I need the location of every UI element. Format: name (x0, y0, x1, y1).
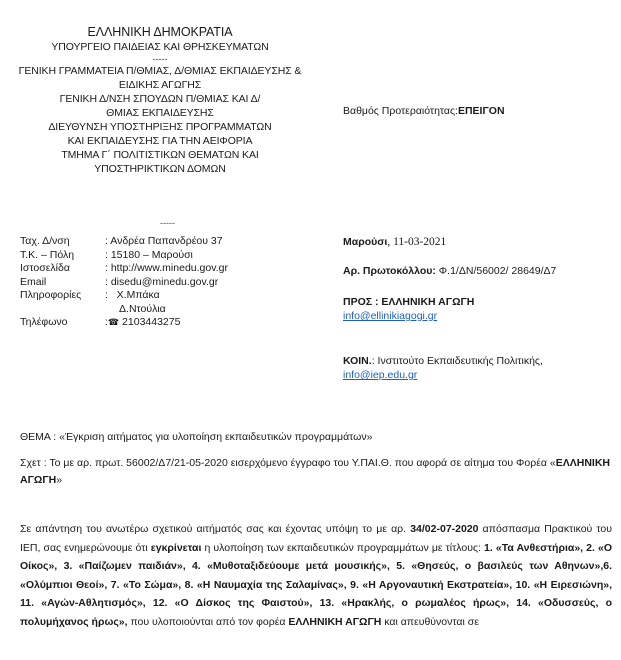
department: ΤΜΗΜΑ Γ΄ ΠΟΛΙΤΙΣΤΙΚΩΝ ΘΕΜΑΤΩΝ ΚΑΙ ΥΠΟΣΤΗ… (8, 148, 312, 176)
contact-value: Δ.Ντούλια (105, 303, 166, 317)
subject: ΘΕΜΑ : «Έγκριση αιτήματος για υλοποίηση … (20, 431, 372, 443)
separator: ----- (8, 54, 312, 64)
body-text: και απευθύνονται σε (381, 616, 479, 628)
contact-row: Πληροφορίες: Χ.Μπάκα (20, 289, 228, 303)
website-value: : http://www.minedu.gov.gr (105, 262, 228, 276)
recipient: ΠΡΟΣ : ΕΛΛΗΝΙΚΗ ΑΓΩΓΗ info@ellinikiagogi… (343, 295, 474, 323)
general-secretariat: ΓΕΝΙΚΗ ΓΡΑΜΜΑΤΕΙΑ Π/ΘΜΙΑΣ, Δ/ΘΜΙΑΣ ΕΚΠΑΙ… (8, 64, 312, 92)
place: Μαρούσι (343, 236, 387, 248)
letterhead: ΕΛΛΗΝΙΚΗ ΔΗΜΟΚΡΑΤΙΑ ΥΠΟΥΡΓΕΙΟ ΠΑΙΔΕΙΑΣ Κ… (8, 24, 312, 176)
cc: ΚΟΙΝ.: Ινστιτούτο Εκπαιδευτικής Πολιτική… (343, 354, 543, 382)
priority: Βαθμός Προτεραιότητας:ΕΠΕΙΓΟΝ (343, 105, 505, 117)
republic-title: ΕΛΛΗΝΙΚΗ ΔΗΜΟΚΡΑΤΙΑ (8, 24, 312, 40)
body-paragraph: Σε απάντηση του ανωτέρω σχετικού αιτήματ… (20, 520, 612, 631)
contact-label: Πληροφορίες (20, 289, 105, 303)
body-bold: εγκρίνεται (151, 542, 202, 554)
contact-block: Ταχ. Δ/νση: Ανδρέα Παπανδρέου 37 Τ.Κ. – … (20, 235, 228, 330)
contact-label (20, 303, 105, 317)
protocol-number: Αρ. Πρωτοκόλλου: Φ.1/ΔΝ/56002/ 28649/Δ7 (343, 265, 556, 277)
reference-text: Σχετ : Το με αρ. πρωτ. 56002/Δ7/21-05-20… (20, 457, 556, 469)
contact-row: Δ.Ντούλια (20, 303, 228, 317)
body-text: Σε απάντηση του ανωτέρω σχετικού αιτήματ… (20, 523, 410, 535)
contact-label: Email (20, 276, 105, 290)
priority-label: Βαθμός Προτεραιότητας: (343, 105, 458, 117)
contact-label: Ιστοσελίδα (20, 262, 105, 276)
protocol-value: Φ.1/ΔΝ/56002/ 28649/Δ7 (436, 265, 556, 277)
reference-end: » (56, 474, 62, 486)
place-date: Μαρούσι, 11-03-2021 (343, 236, 446, 248)
body-bold: 34/02-07-2020 (410, 523, 478, 535)
ministry-title: ΥΠΟΥΡΓΕΙΟ ΠΑΙΔΕΙΑΣ ΚΑΙ ΘΡΗΣΚΕΥΜΑΤΩΝ (8, 40, 312, 54)
protocol-label: Αρ. Πρωτοκόλλου: (343, 265, 436, 277)
contact-row: Ιστοσελίδα: http://www.minedu.gov.gr (20, 262, 228, 276)
date: , 11-03-2021 (387, 236, 446, 248)
contact-value: : Ανδρέα Παπανδρέου 37 (105, 235, 223, 249)
body-bold: ΕΛΛΗΝΙΚΗ ΑΓΩΓΗ (288, 616, 381, 628)
email-value: : disedu@minedu.gov.gr (105, 276, 218, 290)
contact-row: Τ.Κ. – Πόλη: 15180 – Μαρούσι (20, 249, 228, 263)
phone-icon: ☎ (108, 317, 119, 327)
contact-label: Τ.Κ. – Πόλη (20, 249, 105, 263)
contact-row: Ταχ. Δ/νση: Ανδρέα Παπανδρέου 37 (20, 235, 228, 249)
phone-number: 2103443275 (119, 316, 180, 328)
contact-value: : 15180 – Μαρούσι (105, 249, 193, 263)
body-text: που υλοποιούνται από τον φορέα (128, 616, 289, 628)
contact-row-phone: Τηλέφωνο :☎ 2103443275 (20, 316, 228, 330)
cc-label: ΚΟΙΝ. (343, 355, 372, 367)
general-directorate: ΓΕΝΙΚΗ Δ/ΝΣΗ ΣΠΟΥΔΩΝ Π/ΘΜΙΑΣ ΚΑΙ Δ/ΘΜΙΑΣ… (8, 92, 312, 120)
contact-separator: ----- (160, 218, 175, 228)
directorate: ΔΙΕΥΘΥΝΣΗ ΥΠΟΣΤΗΡΙΞΗΣ ΠΡΟΓΡΑΜΜΑΤΩΝ ΚΑΙ Ε… (8, 120, 312, 148)
contact-row: Email: disedu@minedu.gov.gr (20, 276, 228, 290)
cc-email-link[interactable]: info@iep.edu.gr (343, 369, 417, 381)
recipient-email-link[interactable]: info@ellinikiagogi.gr (343, 310, 437, 322)
priority-value: ΕΠΕΙΓΟΝ (458, 105, 505, 117)
contact-value: : Χ.Μπάκα (105, 289, 160, 303)
phone-label: Τηλέφωνο (20, 316, 105, 330)
phone-value: :☎ 2103443275 (105, 316, 180, 330)
reference: Σχετ : Το με αρ. πρωτ. 56002/Δ7/21-05-20… (20, 455, 612, 489)
contact-label: Ταχ. Δ/νση (20, 235, 105, 249)
recipient-label: ΠΡΟΣ : ΕΛΛΗΝΙΚΗ ΑΓΩΓΗ (343, 296, 474, 308)
body-text: η υλοποίηση των εκπαιδευτικών προγραμμάτ… (201, 542, 484, 554)
cc-value: : Ινστιτούτο Εκπαιδευτικής Πολιτικής, (372, 355, 543, 367)
